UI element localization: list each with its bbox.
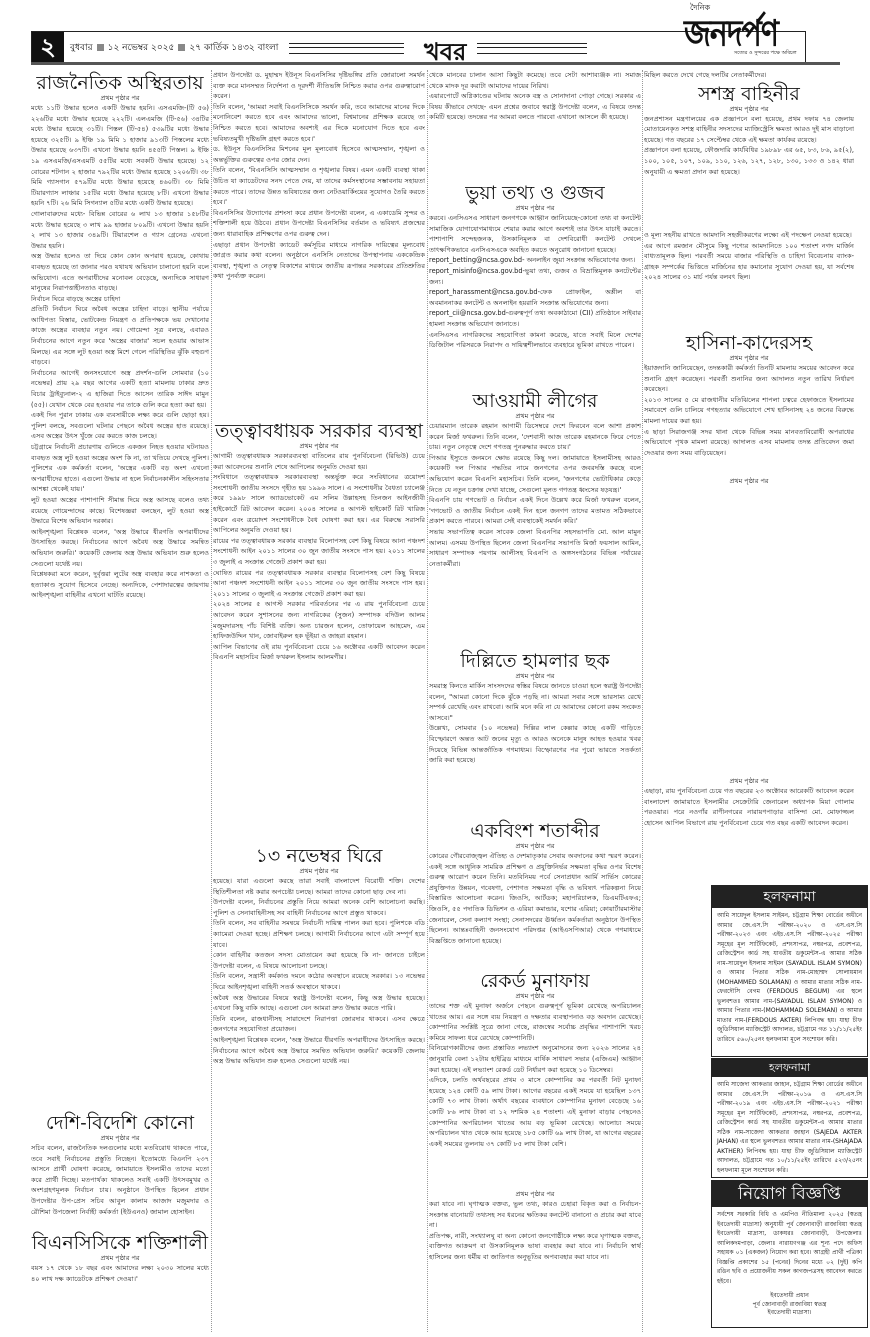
- notice-halafnama-1: হলফনামা আমি সায়েদুল ইসলাম সাইমন, চট্টগ্…: [711, 885, 868, 1057]
- notice-body: সর্বশেষ সরকারি বিধি ও এমপিও নীতিমালা ২০২…: [712, 1207, 867, 1289]
- paragraph: মিছিল করতে দেখে গেছে দলটির নেতাকর্মীদের।: [644, 70, 854, 81]
- article-body: কোরের গৌরবোজ্জ্বল ঐতিহ্য ও দেশমাতৃকার সে…: [429, 851, 641, 946]
- article-body: তাদের শক্ত এই মুনাফা অর্জনে পেছনে গুরুত্…: [429, 1001, 641, 1149]
- paragraph: সমরাস্ত্র কিনতে মার্কিন সাংসদদের স্বস্তি…: [429, 681, 641, 723]
- newspaper-logo: দৈনিক জনদর্পণ সত্যের ও সুন্দরের পক্ষে অব…: [676, 2, 804, 56]
- paragraph: চট্টগ্রামে নির্বাচনী প্রচারণায় গুলিতে এ…: [31, 442, 209, 495]
- notice-heading: নিয়োগ বিজ্ঞপ্তি: [712, 1181, 867, 1207]
- paragraph: কোন বাহিনীর কতজন সদস্য মোতায়েন করা হয়ে…: [213, 950, 425, 971]
- article-body: করবে। এনসিএসএ সাধারণ জনগণকে আহ্বান জানিয…: [429, 213, 641, 351]
- email-line: report_betting@ncsa.gov.bd- অনলাইন জুয়া…: [429, 255, 641, 266]
- article-body: জনপ্রশাসন মন্ত্রণালয়ের এক প্রজ্ঞাপনে বল…: [644, 114, 854, 178]
- header-bar: [31, 62, 840, 65]
- section-title: খবর: [424, 34, 466, 74]
- continued-label: প্রথম পৃষ্ঠার পর: [31, 1254, 209, 1263]
- subheading: নির্বাচন ঘিরে বাড়ছে অস্ত্রের চাহিদা: [31, 294, 209, 305]
- article-november13: ১৩ নভেম্বর ঘিরে প্রথম পৃষ্ঠার পর হয়েছে।…: [213, 843, 425, 1333]
- paragraph: জনপ্রশাসন মন্ত্রণালয়ের এক প্রজ্ঞাপনে বল…: [644, 114, 854, 146]
- headline: রেকর্ড মুনাফায়: [429, 970, 641, 992]
- headline: একবিংশ শতাব্দীর: [429, 820, 641, 842]
- article-body: ইয়াজদানি জানিয়েছেন, তদন্তকারী কর্মকর্ত…: [644, 363, 854, 458]
- continued-label: প্রথম পৃষ্ঠার পর: [31, 1134, 209, 1143]
- paragraph: প্রতিপক্ষ, নারী, সংখ্যালঘু বা অন্য কোনো …: [429, 1231, 641, 1263]
- paragraph: ও মূল্য সহনীয় রাখতে আমদানি সহজীকরণের লক…: [644, 230, 854, 241]
- article-bncc-continued: প্রধান উপদেষ্টা ড. মুহাম্মদ ইউনূস বিএনসি…: [213, 70, 425, 418]
- email-line: report_harassment@ncsa.gov.bd-ফেক প্রোফা…: [429, 287, 641, 308]
- headline: সশস্ত্র বাহিনীর: [644, 83, 854, 105]
- paragraph: অস্ত্র উদ্ধার হলেও তা দিয়ে কোন কোন অপরা…: [31, 251, 209, 293]
- paragraph: করবে। এনসিএসএ সাধারণ জনগণকে আহ্বান জানিয…: [429, 213, 641, 255]
- article-ekbingsho: একবিংশ শতাব্দীর প্রথম পৃষ্ঠার পর কোরের গ…: [429, 818, 641, 968]
- paragraph: হয়েছে। যারা এগুলো করছে তারা সবাই বাংলাদ…: [213, 876, 425, 897]
- separator-square-icon: [97, 44, 104, 51]
- paragraph: আইনশৃঙ্খলা বিশ্লেষক বলেন, 'অস্ত্র উদ্ধার…: [31, 527, 209, 569]
- headline: দেশি-বিদেশি কোনো: [31, 1112, 209, 1134]
- continued-label: প্রথম পৃষ্ঠার পর: [429, 204, 641, 213]
- article-body: প্রধান উপদেষ্টা ড. মুহাম্মদ ইউনূস বিএনসি…: [213, 70, 425, 282]
- paragraph: উপদেষ্টা বলেন, নির্বাচনের প্রস্তুতি নিয়…: [213, 897, 425, 918]
- article-bhuya-pre: থেকে মানবের চালান আসা কিছুটা কমেছে। তবে …: [429, 70, 641, 180]
- paragraph: এনসিএসএ নাগরিকদের সহযোগিতা কামনা করেছে, …: [429, 330, 641, 351]
- date-gregorian: ১২ নভেম্বর ২০২৫: [108, 43, 175, 53]
- dateline: বুধবার১২ নভেম্বর ২০২৫২৭ কার্তিক ১৪৩২ বাং…: [70, 40, 278, 55]
- signature-line: ইবতেদায়ী মাদ্রাসা।: [712, 1309, 867, 1318]
- article-body: এছাড়া, রায় পুনর্বিবেচনা চেয়ে গত বছরের…: [644, 786, 854, 828]
- paragraph: এছাড়া প্রধান উপদেষ্টা ক্যাডেট কর্মসূচির…: [213, 240, 425, 282]
- paragraph: ২০১৩ সালের ৫ মে রাজধানীর মতিঝিলের শাপলা …: [644, 395, 854, 427]
- notice-halafnama-2: হলফনামা আমি সাজেদা আকতার জাহান, চট্টগ্রা…: [711, 1058, 868, 1178]
- article-bhuya-tottho: ভুয়া তথ্য ও গুজব প্রথম পৃষ্ঠার পর করবে।…: [429, 180, 641, 380]
- continued-label: প্রথম পৃষ্ঠার পর: [644, 354, 854, 363]
- paragraph: অবৈধ অস্ত্র উদ্ধারের বিষয়ে স্বরাষ্ট্র উ…: [213, 993, 425, 1014]
- article-body: সচিব বলেন, রাজনৈতিক দলগুলোর মধ্যে মতবিরো…: [31, 1143, 209, 1217]
- paragraph: ড. ইউনূস বিএনসিসির মিশনের মূল মূল্যবোধ হ…: [213, 144, 425, 165]
- paragraph: বিএনপি চায় গণভোট ও নির্বাচন একই দিনে উল…: [429, 495, 641, 527]
- notice-body: আমি সায়েদুল ইসলাম সাইমন, চট্টগ্রাম শিক্…: [712, 908, 867, 1047]
- article-body: হয়েছে। যারা এগুলো করছে তারা সবাই বাংলাদ…: [213, 876, 425, 1067]
- decorative-rule: [477, 43, 587, 54]
- logo-tagline: সত্যের ও সুন্দরের পক্ষে অবিচল: [734, 50, 797, 58]
- continued-label: প্রথম পৃষ্ঠার পর: [644, 105, 854, 114]
- paragraph: এদিকে, চলতি অর্থবছরের প্রথম ৩ মাসে কোম্প…: [429, 1075, 641, 1149]
- article-body: মধ্যে ১১টি উদ্ধার হলেও একটি উদ্ধার হয়নি…: [31, 103, 209, 601]
- paragraph: বিনিয়োগকারীদের জন্য প্রস্তাবিত লভ্যাংশ …: [429, 1043, 641, 1075]
- article-sashastra-bahini: মিছিল করতে দেখে গেছে দলটির নেতাকর্মীদের।…: [644, 70, 854, 230]
- notice-signature: ইবতেদায়ী প্রধান পূর্ব জোনাবাড়ী রাজাবিয…: [712, 1292, 867, 1318]
- paragraph: এর আগে রমজান মৌসুমে কিছু পণ্যের আমদানিতে…: [644, 241, 854, 283]
- paragraph: ২০২৪ সালের ৫ আগস্ট সরকার পরিবর্তনের পর এ…: [213, 599, 425, 641]
- notice-body: আমি সাজেদা আকতার জাহান, চট্টগ্রাম শিক্ষা…: [712, 1077, 867, 1178]
- notice-niyog-biggopti: নিয়োগ বিজ্ঞপ্তি সর্বশেষ সরকারি বিধি ও এ…: [711, 1180, 868, 1328]
- paragraph: নির্বাচনের আগেই জনসংযোগে অস্ত্র প্রদর্শন…: [31, 368, 209, 410]
- email-line: report_cii@ncsa.gov.bd-গুরুত্বপূর্ণ তথ্য…: [429, 308, 641, 329]
- continued-label: প্রথম পৃষ্ঠার পর: [429, 672, 641, 681]
- continued-label: প্রথম পৃষ্ঠার পর: [429, 992, 641, 1001]
- continued-label: প্রথম পৃষ্ঠার পর: [429, 842, 641, 851]
- paragraph: প্রতিটি নির্বাচন ঘিরে অবৈধ অস্ত্রের চাহি…: [31, 304, 209, 368]
- paragraph: উল্লেখ্য, সোমবার (১০ নভেম্বর) দিল্লির লা…: [429, 723, 641, 765]
- headline: ১৩ নভেম্বর ঘিরে: [213, 845, 425, 867]
- article-tattabadhayak: তত্ত্বাবধায়ক সরকার ব্যবস্থা প্রথম পৃষ্ঠ…: [213, 418, 425, 843]
- continued-label: প্রথম পৃষ্ঠার পর: [429, 1190, 641, 1199]
- headline: ভুয়া তথ্য ও গুজব: [429, 182, 641, 204]
- headline: আওয়ামী লীগের: [429, 390, 641, 412]
- headline: তত্ত্বাবধায়ক সরকার ব্যবস্থা: [213, 420, 425, 442]
- paragraph: মধ্যে ১১টি উদ্ধার হলেও একটি উদ্ধার হয়নি…: [31, 103, 209, 209]
- headline: বিএনসিসিকে শক্তিশালী: [31, 1232, 209, 1254]
- paragraph: ঘোষিত রায়ের পর তত্ত্বাবধায়ক সরকার ব্যব…: [213, 568, 425, 600]
- paragraph: তিনি বলেন, 'বিএনসিসি আত্মসম্মান ও শৃঙ্খল…: [213, 165, 425, 207]
- paragraph: আপিল বিভাগের ওই রায় পুনর্বিবেচনা চেয়ে …: [213, 642, 425, 663]
- paragraph: থেকে মানবের চালান আসা কিছুটা কমেছে। তবে …: [429, 70, 641, 91]
- date-bangla: ২৭ কার্তিক ১৪৩২ বাংলা: [189, 43, 278, 53]
- continued-label: প্রথম পৃষ্ঠার পর: [644, 777, 854, 786]
- article-rajnoitik: রাজনৈতিক অস্থিরতায় প্রথম পৃষ্ঠার পর মধ্…: [31, 70, 209, 1110]
- day: বুধবার: [70, 43, 93, 53]
- article-awami-league: আওয়ামী লীগের প্রথম পৃষ্ঠার পর চেয়ারম্য…: [429, 388, 641, 648]
- article-deshi-bideshi: দেশি-বিদেশি কোনো প্রথম পৃষ্ঠার পর সচিব ব…: [31, 1110, 209, 1230]
- separator-square-icon: [178, 44, 185, 51]
- article-record-munafa: রেকর্ড মুনাফায় প্রথম পৃষ্ঠার পর তাদের শ…: [429, 968, 641, 1188]
- continued-label: প্রথম পৃষ্ঠার পর: [644, 477, 854, 486]
- paragraph: একই দিন পুরান ঢাকায় এক ব্যবসায়ীকে লক্ষ…: [31, 410, 209, 442]
- paragraph: তাদের শক্ত এই মুনাফা অর্জনে পেছনে গুরুত্…: [429, 1001, 641, 1043]
- continued-label: প্রথম পৃষ্ঠার পর: [31, 94, 209, 103]
- article-body: আগামী তত্ত্বাবধায়ক সরকারব্যবস্থা বাতিলে…: [213, 451, 425, 663]
- paragraph: চেয়ারম্যান তারেক রহমান আগামী ডিসেম্বরে …: [429, 421, 641, 453]
- headline: দিল্লিতে হামলার ছক: [429, 650, 641, 672]
- paragraph: তিনি বলেন, সব বাহিনীর সমন্বয়ে নির্বাচনী…: [213, 918, 425, 950]
- article-hasina-kader: প্রথম পৃষ্ঠার পর: [644, 475, 854, 775]
- article-body: চেয়ারম্যান তারেক রহমান আগামী ডিসেম্বরে …: [429, 421, 641, 569]
- column-divider: [427, 70, 428, 1332]
- paragraph: তিনি বলেন, 'আমরা সবাই বিএনসিসিকে সমর্থন …: [213, 102, 425, 144]
- headline: হাসিনা-কাদেরসহ: [644, 332, 854, 354]
- paragraph: এ ছাড়া সিরাজগঞ্জ সদর থানা থেকে বিভিন্ন …: [644, 427, 854, 459]
- signature-line: ইবতেদায়ী প্রধান: [712, 1292, 867, 1301]
- paragraph: করা যাবে না। ঘৃণাত্মক বক্তব্য, ভুল তথ্য,…: [429, 1199, 641, 1231]
- notice-heading: হলফনামা: [712, 886, 867, 908]
- continued-label: প্রথম পৃষ্ঠার পর: [213, 442, 425, 451]
- notice-heading: হলফনামা: [712, 1059, 867, 1077]
- article-top-col4: ও মূল্য সহনীয় রাখতে আমদানি সহজীকরণের লক…: [644, 230, 854, 330]
- article-body: করা যাবে না। ঘৃণাত্মক বক্তব্য, ভুল তথ্য,…: [429, 1199, 641, 1263]
- paragraph: তিনি বলেন, রাজধানীসহ সারাদেশে নিরাপত্তা …: [213, 1014, 425, 1035]
- paragraph: লুট হওয়া অস্ত্রের পাশাপাশি সীমান্ত দিয়…: [31, 495, 209, 527]
- paragraph: সংবিধানে তত্ত্বাবধায়ক সরকারব্যবস্থা অন্…: [213, 472, 425, 536]
- article-ramjan: হাসিনা-কাদেরসহ প্রথম পৃষ্ঠার পর ইয়াজদান…: [644, 330, 854, 475]
- paragraph: পিআর ইস্যুতে জনমনে ক্ষোভ রয়েছে কিছু দল।…: [429, 453, 641, 495]
- email-line: report_misinfo@ncsa.gov.bd-ভুয়া তথ্য, গ…: [429, 266, 641, 287]
- article-body: ও মূল্য সহনীয় রাখতে আমদানি সহজীকরণের লক…: [644, 230, 854, 283]
- continued-label: প্রথম পৃষ্ঠার পর: [429, 412, 641, 421]
- paragraph: বিএনসিসির উদ্যোগের প্রশংসা করে প্রধান উপ…: [213, 208, 425, 240]
- paragraph: কোরের গৌরবোজ্জ্বল ঐতিহ্য ও দেশমাতৃকার সে…: [429, 851, 641, 946]
- column-divider: [211, 70, 212, 1332]
- paragraph: গোলাবারুদের মধ্যে- বিভিন্ন বোরের ৬ লাখ ১…: [31, 209, 209, 251]
- paragraph: বিশ্লেষকরা মনে করেন, দুর্বৃত্তরা লুটের অ…: [31, 569, 209, 601]
- headline: রাজনৈতিক অস্থিরতায়: [31, 72, 209, 94]
- article-body: মিছিল করতে দেখে গেছে দলটির নেতাকর্মীদের।: [644, 70, 854, 81]
- paragraph: এছাড়া, রায় পুনর্বিবেচনা চেয়ে গত বছরের…: [644, 786, 854, 828]
- paragraph: তিনি বলেন, সন্ত্রাসী কর্মকাণ্ড দমনে কঠোর…: [213, 971, 425, 992]
- decorative-rule: [289, 43, 404, 54]
- paragraph: বয়স ১৭ থেকে ১৮ বছর এবং আমাদের লক্ষ্য ২০…: [31, 1263, 209, 1284]
- paragraph: সচিব বলেন, রাজনৈতিক দলগুলোর মধ্যে মতবিরো…: [31, 1143, 209, 1217]
- article-bncc: বিএনসিসিকে শক্তিশালী প্রথম পৃষ্ঠার পর বয…: [31, 1230, 209, 1300]
- article-body: থেকে মানবের চালান আসা কিছুটা কমেছে। তবে …: [429, 70, 641, 123]
- article-sangsad-nirbachon: প্রথম পৃষ্ঠার পর করা যাবে না। ঘৃণাত্মক ব…: [429, 1188, 641, 1328]
- paragraph: আগামী তত্ত্বাবধায়ক সরকারব্যবস্থা বাতিলে…: [213, 451, 425, 472]
- paragraph: প্রজ্ঞাপনে বলা হয়েছে, ফৌজদারি কার্যবিধি…: [644, 145, 854, 177]
- paragraph: এয়ারপোর্টে অগ্নিকাণ্ডের ঘটনায় অনেক বস্…: [429, 91, 641, 123]
- paragraph: ইয়াজদানি জানিয়েছেন, তদন্তকারী কর্মকর্ত…: [644, 363, 854, 395]
- continued-label: প্রথম পৃষ্ঠার পর: [213, 867, 425, 876]
- paragraph: সভায় সভাপতিত্ব করেন সাবেক জেলা বিএনপির …: [429, 527, 641, 569]
- article-body: বয়স ১৭ থেকে ১৮ বছর এবং আমাদের লক্ষ্য ২০…: [31, 1263, 209, 1284]
- paragraph: রায়ের পর তত্ত্বাবধায়ক সরকার ব্যবস্থার …: [213, 536, 425, 568]
- article-body: সমরাস্ত্র কিনতে মার্কিন সাংসদদের স্বস্তি…: [429, 681, 641, 766]
- page-number: ২: [32, 32, 64, 62]
- column-divider: [642, 70, 643, 1332]
- article-dillite-hamla: দিল্লিতে হামলার ছক প্রথম পৃষ্ঠার পর সমরা…: [429, 648, 641, 818]
- paragraph: প্রধান উপদেষ্টা ড. মুহাম্মদ ইউনূস বিএনসি…: [213, 70, 425, 102]
- signature-line: পূর্ব জোনাবাড়ী রাজাবিয়া স্বতন্ত্র: [712, 1301, 867, 1310]
- paragraph: আইনশৃঙ্খলা বিশ্লেষক বলেন, 'অস্ত্র উদ্ধার…: [213, 1035, 425, 1067]
